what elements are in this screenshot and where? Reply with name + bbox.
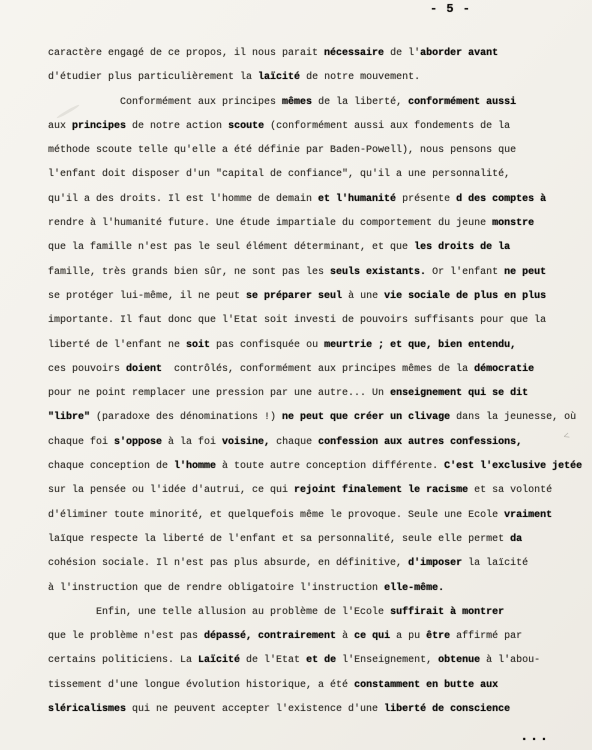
text-segment: l'homme (174, 461, 216, 472)
text-segment: l'Enseignement, (336, 655, 438, 666)
text-segment: Conformément aux principes (48, 97, 282, 108)
text-line: certains politiciens. La Laïcité de l'Et… (48, 649, 588, 673)
page-number: - 5 - (430, 2, 471, 16)
text-segment: chaque foi (48, 437, 114, 448)
text-line: tissement d'une longue évolution histori… (48, 674, 588, 698)
text-segment: sléricalismes (48, 704, 126, 715)
text-segment: principes (72, 121, 126, 132)
text-line: se protéger lui-même, il ne peut se prép… (48, 285, 588, 309)
text-line: d'étudier plus particulièrement la laïci… (48, 66, 588, 90)
text-segment: les droits de la (414, 242, 510, 253)
text-line: sur la pensée ou l'idée d'autrui, ce qui… (48, 479, 588, 503)
text-segment: certains politiciens. La (48, 655, 198, 666)
text-segment: confession aux autres confessions, (318, 437, 522, 448)
text-segment: dans la jeunesse, où (450, 412, 576, 423)
text-segment: méthode scoute telle qu'elle a été défin… (48, 145, 516, 156)
text-line: rendre à l'humanité future. Une étude im… (48, 212, 588, 236)
text-segment: monstre (492, 218, 534, 229)
text-segment: Enfin, une telle allusion au problème de… (48, 607, 390, 618)
text-segment: à toute autre conception différente. (216, 461, 444, 472)
text-segment: ce qui (354, 631, 390, 642)
text-line: à l'instruction que de rendre obligatoir… (48, 577, 588, 601)
body-text: caractère engagé de ce propos, il nous p… (48, 42, 588, 722)
text-segment: suffirait à montrer (390, 607, 504, 618)
text-segment: liberté de l'enfant ne (48, 340, 186, 351)
text-segment: démocratie (474, 364, 534, 375)
text-segment: constamment en butte aux (354, 680, 498, 691)
text-segment: importante. Il faut donc que l'Etat soit… (48, 315, 546, 326)
scanned-page: - 5 - caractère engagé de ce propos, il … (0, 0, 592, 750)
text-segment: meurtrie ; et que, bien entendu, (324, 340, 516, 351)
text-segment: chaque conception de (48, 461, 174, 472)
text-line: chaque conception de l'homme à toute aut… (48, 455, 588, 479)
text-segment: contrôlés, conformément aux principes mê… (162, 364, 474, 375)
text-line: importante. Il faut donc que l'Etat soit… (48, 309, 588, 333)
text-segment: pas confisquée ou (210, 340, 324, 351)
text-segment: et de (306, 655, 336, 666)
text-segment: l'enfant doit disposer d'un "capital de … (48, 169, 510, 180)
text-segment: conformément aussi (408, 97, 516, 108)
text-segment: cohésion sociale. Il n'est pas plus absu… (48, 558, 408, 569)
text-segment: à (336, 631, 354, 642)
text-segment: laïcité (258, 72, 300, 83)
text-segment: pour ne point remplacer une pression par… (48, 388, 390, 399)
text-line: "libre" (paradoxe des dénominations !) n… (48, 406, 588, 430)
text-line: l'enfant doit disposer d'un "capital de … (48, 163, 588, 187)
text-segment: qu'il a des droits. Il est l'homme de de… (48, 194, 318, 205)
text-segment: présente (396, 194, 456, 205)
text-segment: enseignement qui se dit (390, 388, 528, 399)
text-segment: ne peut que créer un clivage (282, 412, 450, 423)
text-segment: que la famille n'est pas le seul élément… (48, 242, 414, 253)
text-segment: d'imposer (408, 558, 462, 569)
text-line: méthode scoute telle qu'elle a été défin… (48, 139, 588, 163)
text-line: laïque respecte la liberté de l'enfant e… (48, 528, 588, 552)
text-segment: et l'humanité (318, 194, 396, 205)
text-segment: a pu (390, 631, 426, 642)
text-segment: soit (186, 340, 210, 351)
text-segment: Laïcité (198, 655, 240, 666)
text-segment: voisine, (222, 437, 270, 448)
text-segment: vie sociale de plus en plus (384, 291, 546, 302)
text-segment: mêmes (282, 97, 312, 108)
text-segment: rendre à l'humanité future. Une étude im… (48, 218, 492, 229)
text-line: Enfin, une telle allusion au problème de… (48, 601, 588, 625)
text-segment: être (426, 631, 450, 642)
text-line: qu'il a des droits. Il est l'homme de de… (48, 188, 588, 212)
text-line: chaque foi s'oppose à la foi voisine, ch… (48, 431, 588, 455)
text-segment: des comptes à (468, 194, 546, 205)
text-segment: de notre mouvement. (300, 72, 420, 83)
text-line: famille, très grands bien sûr, ne sont p… (48, 261, 588, 285)
text-segment: liberté de conscience (384, 704, 510, 715)
text-segment: nécessaire (324, 48, 384, 59)
text-segment: da (510, 534, 522, 545)
text-segment: la laïcité (462, 558, 528, 569)
text-line: pour ne point remplacer une pression par… (48, 382, 588, 406)
text-segment: elle-même. (384, 583, 444, 594)
text-line: que le problème n'est pas dépassé, contr… (48, 625, 588, 649)
text-segment: obtenue (438, 655, 480, 666)
text-segment: Or l'enfant (426, 267, 504, 278)
text-segment: à l'instruction que de rendre obligatoir… (48, 583, 384, 594)
text-line: Conformément aux principes mêmes de la l… (48, 91, 588, 115)
text-segment: d'éliminer toute minorité, et quelquefoi… (48, 510, 504, 521)
text-segment: à la foi (162, 437, 222, 448)
text-segment: à l'abou- (480, 655, 540, 666)
text-segment: laïque respecte la liberté de l'enfant e… (48, 534, 510, 545)
text-line: caractère engagé de ce propos, il nous p… (48, 42, 588, 66)
text-segment: et sa volonté (468, 485, 552, 496)
text-segment: dépassé, contrairement (204, 631, 336, 642)
text-segment: C'est l'exclusive jetée (444, 461, 582, 472)
text-segment: de notre action (126, 121, 228, 132)
text-segment: rejoint finalement le racisme (294, 485, 468, 496)
text-segment: ne peut (504, 267, 546, 278)
text-segment: de la liberté, (312, 97, 408, 108)
text-segment: famille, très grands bien sûr, ne sont p… (48, 267, 330, 278)
text-line: d'éliminer toute minorité, et quelquefoi… (48, 504, 588, 528)
text-segment: (paradoxe des dénominations !) (90, 412, 282, 423)
text-segment: tissement d'une longue évolution histori… (48, 680, 354, 691)
text-segment: "libre" (48, 412, 90, 423)
text-line: liberté de l'enfant ne soit pas confisqu… (48, 334, 588, 358)
text-segment: sur la pensée ou l'idée d'autrui, ce qui (48, 485, 294, 496)
text-segment: à une (342, 291, 384, 302)
text-segment: (conformément aussi aux fondements de la (264, 121, 510, 132)
text-segment: chaque (270, 437, 318, 448)
text-segment: s'oppose (114, 437, 162, 448)
text-segment: se protéger lui-même, il ne peut (48, 291, 246, 302)
text-line: ces pouvoirs doient contrôlés, conformém… (48, 358, 588, 382)
text-segment: ces pouvoirs (48, 364, 126, 375)
text-segment: aborder avant (420, 48, 498, 59)
text-line: aux principes de notre action scoute (co… (48, 115, 588, 139)
text-segment: qui ne peuvent accepter l'existence d'un… (126, 704, 384, 715)
text-segment: de l' (384, 48, 420, 59)
text-segment: aux (48, 121, 72, 132)
text-line: sléricalismes qui ne peuvent accepter l'… (48, 698, 588, 722)
text-segment: que le problème n'est pas (48, 631, 204, 642)
text-segment: se préparer seul (246, 291, 342, 302)
text-segment: caractère engagé de ce propos, il nous p… (48, 48, 324, 59)
text-segment: d'étudier plus particulièrement la (48, 72, 258, 83)
text-segment: affirmé par (450, 631, 522, 642)
text-segment: scoute (228, 121, 264, 132)
text-line: que la famille n'est pas le seul élément… (48, 236, 588, 260)
text-segment: doient (126, 364, 162, 375)
text-segment: vraiment (504, 510, 552, 521)
text-line: cohésion sociale. Il n'est pas plus absu… (48, 552, 588, 576)
text-segment: seuls existants. (330, 267, 426, 278)
continuation-dots: ... (520, 729, 550, 745)
text-segment: de l'Etat (240, 655, 306, 666)
